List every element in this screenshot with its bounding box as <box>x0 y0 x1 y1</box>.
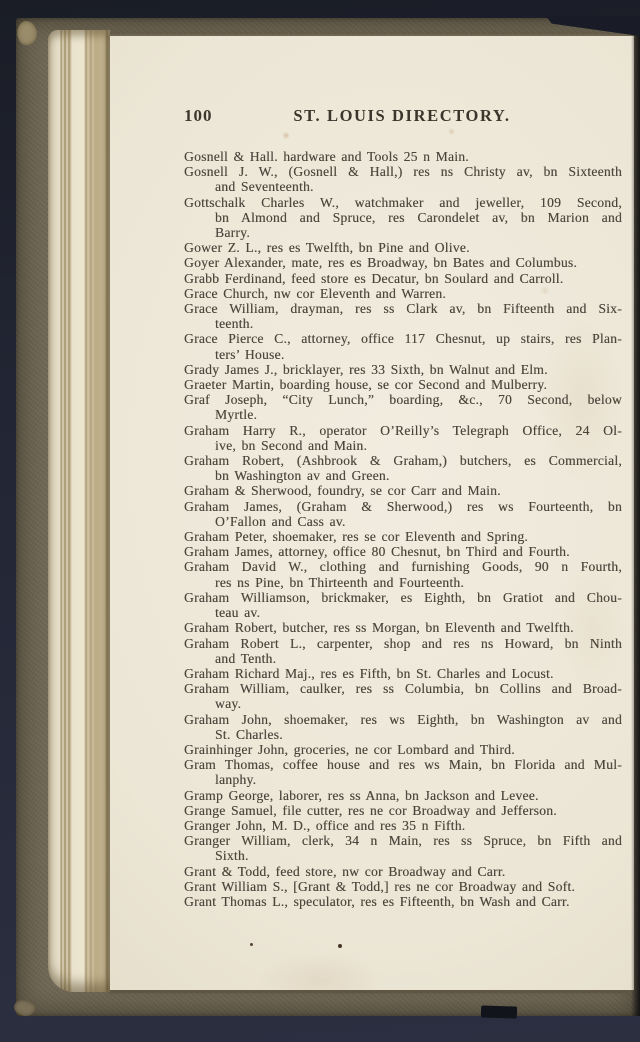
directory-entry: Graham James, (Graham & Sherwood,) res w… <box>184 499 622 529</box>
directory-entry: Graham Peter, shoemaker, res se cor Elev… <box>184 529 622 544</box>
entry-line: Sixth. <box>184 848 622 863</box>
directory-entry: Gram Thomas, coffee house and res ws Mai… <box>184 757 622 787</box>
directory-entry: Graham & Sherwood, foundry, se cor Carr … <box>184 483 622 498</box>
directory-entry: Grady James J., bricklayer, res 33 Sixth… <box>184 362 622 377</box>
directory-entry: Graham Harry R., operator O’Reilly’s Tel… <box>184 423 622 453</box>
entry-line: Granger John, M. D., office and res 35 n… <box>184 818 622 833</box>
entry-line: O’Fallon and Cass av. <box>184 514 622 529</box>
book-page: 100 ST. LOUIS DIRECTORY. Gosnell & Hall.… <box>110 34 634 993</box>
entry-line: Graham David W., clothing and furnishing… <box>184 559 622 574</box>
ink-speck <box>338 944 342 948</box>
directory-entry: Gower Z. L., res es Twelfth, bn Pine and… <box>184 240 622 255</box>
directory-entry: Granger William, clerk, 34 n Main, res s… <box>184 833 622 863</box>
entry-line: Barry. <box>184 225 622 240</box>
stain-spot <box>448 128 455 135</box>
entry-line: bn Almond and Spruce, res Carondelet av,… <box>184 210 622 225</box>
stain-spot <box>540 286 550 295</box>
entry-line: Graham & Sherwood, foundry, se cor Carr … <box>184 483 622 498</box>
directory-entry: Graf Joseph, “City Lunch,” boarding, &c.… <box>184 392 622 422</box>
entry-line: Graham Williamson, brickmaker, es Eighth… <box>184 590 622 605</box>
directory-entry: Graham Richard Maj., res es Fifth, bn St… <box>184 666 622 681</box>
entry-line: Graham Robert, (Ashbrook & Graham,) butc… <box>184 453 622 468</box>
entry-line: Graeter Martin, boarding house, se cor S… <box>184 377 622 392</box>
entry-line: Graham James, (Graham & Sherwood,) res w… <box>184 499 622 514</box>
entry-line: Gower Z. L., res es Twelfth, bn Pine and… <box>184 240 622 255</box>
entry-line: Grant & Todd, feed store, nw cor Broadwa… <box>184 864 622 879</box>
directory-entry: Grace Pierce C., attorney, office 117 Ch… <box>184 331 622 361</box>
stain-spot <box>282 132 290 139</box>
entry-line: Gram Thomas, coffee house and res ws Mai… <box>184 757 622 772</box>
directory-entry: Gosnell & Hall. hardware and Tools 25 n … <box>184 149 622 164</box>
entry-line: Grant William S., [Grant & Todd,] res ne… <box>184 879 622 894</box>
directory-entry: Graham James, attorney, office 80 Chesnu… <box>184 544 622 559</box>
directory-entry: Grange Samuel, file cutter, res ne cor B… <box>184 803 622 818</box>
entry-line: teau av. <box>184 605 622 620</box>
entry-line: lanphy. <box>184 772 622 787</box>
entry-line: Grace William, drayman, res ss Clark av,… <box>184 301 622 316</box>
directory-entry: Granger John, M. D., office and res 35 n… <box>184 818 622 833</box>
directory-entry: Grace Church, nw cor Eleventh and Warren… <box>184 286 622 301</box>
directory-entry: Grant & Todd, feed store, nw cor Broadwa… <box>184 864 622 879</box>
entry-line: res ns Pine, bn Thirteenth and Fourteent… <box>184 575 622 590</box>
book-right-edge-shadow <box>631 18 640 1016</box>
entry-line: Granger William, clerk, 34 n Main, res s… <box>184 833 622 848</box>
directory-entry: Goyer Alexander, mate, res es Broadway, … <box>184 255 622 270</box>
entry-line: and Tenth. <box>184 651 622 666</box>
entry-line: Gosnell J. W., (Gosnell & Hall,) res ns … <box>184 164 622 179</box>
directory-entry: Grace William, drayman, res ss Clark av,… <box>184 301 622 331</box>
entry-line: teenth. <box>184 316 622 331</box>
page-edge-stack <box>48 30 110 992</box>
entry-line: Grainhinger John, groceries, ne cor Lomb… <box>184 742 622 757</box>
ink-speck <box>250 943 253 946</box>
entry-line: Graham Peter, shoemaker, res se cor Elev… <box>184 529 622 544</box>
cover-gap-notch <box>481 1005 517 1018</box>
entry-line: and Seventeenth. <box>184 179 622 194</box>
directory-entry: Graham Robert, (Ashbrook & Graham,) butc… <box>184 453 622 483</box>
directory-entry: Grabb Ferdinand, feed store es Decatur, … <box>184 271 622 286</box>
entry-line: Gottschalk Charles W., watchmaker and je… <box>184 195 622 210</box>
directory-entry: Grainhinger John, groceries, ne cor Lomb… <box>184 742 622 757</box>
directory-entry: Gramp George, laborer, res ss Anna, bn J… <box>184 788 622 803</box>
directory-entry: Gosnell J. W., (Gosnell & Hall,) res ns … <box>184 164 622 194</box>
entry-line: bn Washington av and Green. <box>184 468 622 483</box>
entry-line: Graham John, shoemaker, res ws Eighth, b… <box>184 712 622 727</box>
photo-background: 100 ST. LOUIS DIRECTORY. Gosnell & Hall.… <box>0 0 640 1042</box>
entry-line: Gosnell & Hall. hardware and Tools 25 n … <box>184 149 622 164</box>
directory-entry: Graham John, shoemaker, res ws Eighth, b… <box>184 712 622 742</box>
entry-line: Graham Richard Maj., res es Fifth, bn St… <box>184 666 622 681</box>
entry-line: way. <box>184 696 622 711</box>
directory-entry: Graham David W., clothing and furnishing… <box>184 559 622 589</box>
directory-entries: Gosnell & Hall. hardware and Tools 25 n … <box>184 149 622 909</box>
page-title: ST. LOUIS DIRECTORY. <box>184 106 620 126</box>
directory-entry: Graham Robert, butcher, res ss Morgan, b… <box>184 620 622 635</box>
directory-entry: Graham William, caulker, res ss Columbia… <box>184 681 622 711</box>
entry-line: Graf Joseph, “City Lunch,” boarding, &c.… <box>184 392 622 407</box>
page-header: 100 ST. LOUIS DIRECTORY. <box>184 106 620 126</box>
entry-line: Grace Church, nw cor Eleventh and Warren… <box>184 286 622 301</box>
directory-entry: Grant William S., [Grant & Todd,] res ne… <box>184 879 622 894</box>
entry-line: Grady James J., bricklayer, res 33 Sixth… <box>184 362 622 377</box>
directory-entry: Gottschalk Charles W., watchmaker and je… <box>184 195 622 241</box>
entry-line: Grabb Ferdinand, feed store es Decatur, … <box>184 271 622 286</box>
entry-line: Grace Pierce C., attorney, office 117 Ch… <box>184 331 622 346</box>
entry-line: Goyer Alexander, mate, res es Broadway, … <box>184 255 622 270</box>
entry-line: Graham Robert L., carpenter, shop and re… <box>184 636 622 651</box>
directory-entry: Grant Thomas L., speculator, res es Fift… <box>184 894 622 909</box>
entry-line: Graham James, attorney, office 80 Chesnu… <box>184 544 622 559</box>
entry-line: Grange Samuel, file cutter, res ne cor B… <box>184 803 622 818</box>
directory-entry: Graeter Martin, boarding house, se cor S… <box>184 377 622 392</box>
entry-line: St. Charles. <box>184 727 622 742</box>
entry-line: ters’ House. <box>184 347 622 362</box>
entry-line: Graham William, caulker, res ss Columbia… <box>184 681 622 696</box>
entry-line: Gramp George, laborer, res ss Anna, bn J… <box>184 788 622 803</box>
entry-line: Graham Robert, butcher, res ss Morgan, b… <box>184 620 622 635</box>
entry-line: Graham Harry R., operator O’Reilly’s Tel… <box>184 423 622 438</box>
entry-line: Grant Thomas L., speculator, res es Fift… <box>184 894 622 909</box>
directory-entry: Graham Williamson, brickmaker, es Eighth… <box>184 590 622 620</box>
entry-line: ive, bn Second and Main. <box>184 438 622 453</box>
directory-entry: Graham Robert L., carpenter, shop and re… <box>184 636 622 666</box>
entry-line: Myrtle. <box>184 407 622 422</box>
